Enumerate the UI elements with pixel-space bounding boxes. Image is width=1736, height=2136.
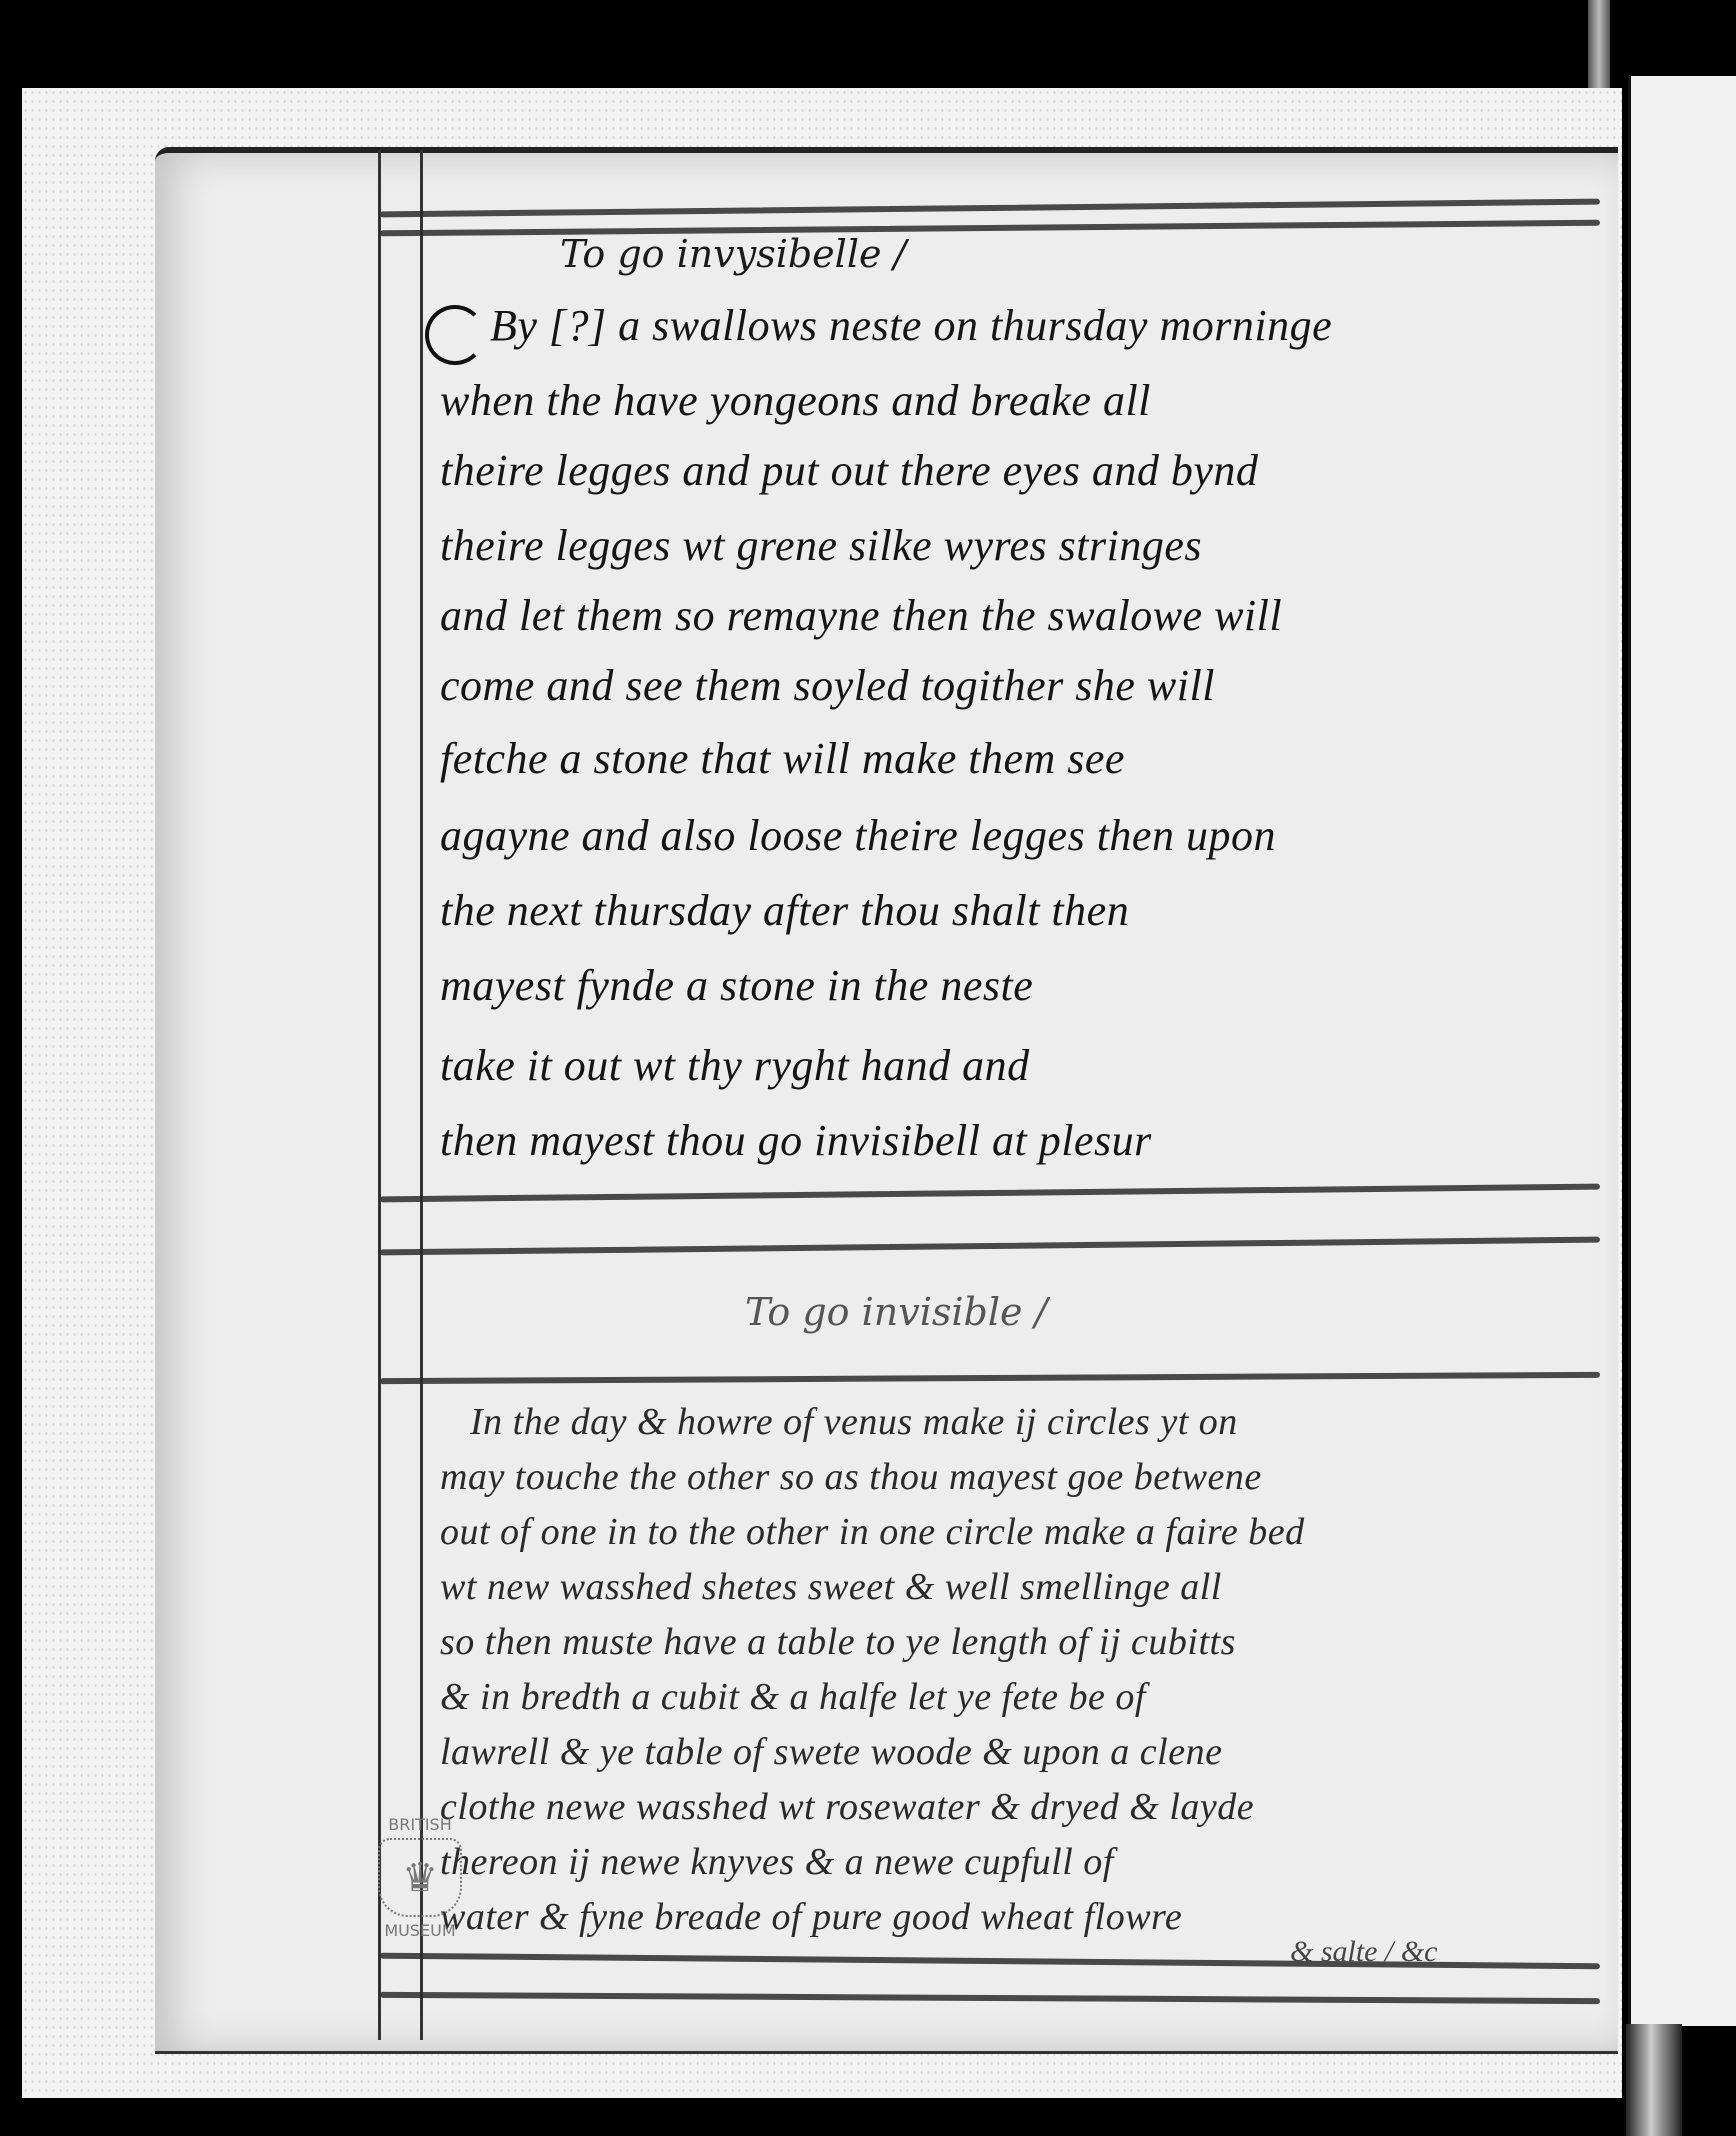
text-line: theire legges and put out there eyes and… bbox=[440, 445, 1258, 496]
text-line: wt new wasshed shetes sweet & well smell… bbox=[440, 1565, 1222, 1609]
binding-rod-bottom bbox=[1626, 2024, 1682, 2136]
facing-page-edge bbox=[1628, 76, 1736, 2026]
margin-rule-inner bbox=[420, 150, 423, 2040]
closing-text: & salte / &c bbox=[1290, 1935, 1437, 1969]
text-line: thereon ij newe knyves & a newe cupfull … bbox=[440, 1840, 1114, 1884]
text-line: mayest fynde a stone in the neste bbox=[440, 960, 1033, 1011]
text-line: theire legges wt grene silke wyres strin… bbox=[440, 520, 1202, 571]
text-line: take it out wt thy ryght hand and bbox=[440, 1040, 1030, 1091]
text-line: may touche the other so as thou mayest g… bbox=[440, 1455, 1262, 1499]
text-line: In the day & howre of venus make ij circ… bbox=[470, 1400, 1238, 1444]
stamp-top-text: BRITISH bbox=[360, 1815, 480, 1834]
section-2-heading: To go invisible / bbox=[745, 1290, 1047, 1334]
stamp-bottom-text: MUSEUM bbox=[360, 1921, 480, 1940]
text-line: lawrell & ye table of swete woode & upon… bbox=[440, 1730, 1222, 1774]
text-line: so then muste have a table to ye length … bbox=[440, 1620, 1236, 1664]
text-line: when the have yongeons and breake all bbox=[440, 375, 1151, 426]
text-line: agayne and also loose theire legges then… bbox=[440, 810, 1276, 861]
text-line: and let them so remayne then the swalowe… bbox=[440, 590, 1282, 641]
text-line: water & fyne breade of pure good wheat f… bbox=[440, 1895, 1182, 1939]
text-line: the next thursday after thou shalt then bbox=[440, 885, 1129, 936]
decorated-initial bbox=[425, 305, 485, 365]
margin-rule-outer bbox=[378, 150, 381, 2040]
text-line: By [?] a swallows neste on thursday morn… bbox=[490, 300, 1332, 351]
binding-rod-top bbox=[1588, 0, 1610, 90]
text-line: clothe newe wasshed wt rosewater & dryed… bbox=[440, 1785, 1254, 1829]
crown-icon: ♛ bbox=[378, 1838, 462, 1917]
text-line: & in bredth a cubit & a halfe let ye fet… bbox=[440, 1675, 1146, 1719]
text-line: come and see them soyled togither she wi… bbox=[440, 660, 1215, 711]
british-museum-stamp: BRITISH ♛ MUSEUM bbox=[360, 1815, 480, 1965]
manuscript-scan: To go invysibelle / By [?] a swallows ne… bbox=[0, 0, 1736, 2136]
text-line: out of one in to the other in one circle… bbox=[440, 1510, 1305, 1554]
section-1-heading: To go invysibelle / bbox=[560, 232, 906, 276]
text-line: fetche a stone that will make them see bbox=[440, 733, 1125, 784]
text-line: then mayest thou go invisibell at plesur bbox=[440, 1115, 1152, 1166]
